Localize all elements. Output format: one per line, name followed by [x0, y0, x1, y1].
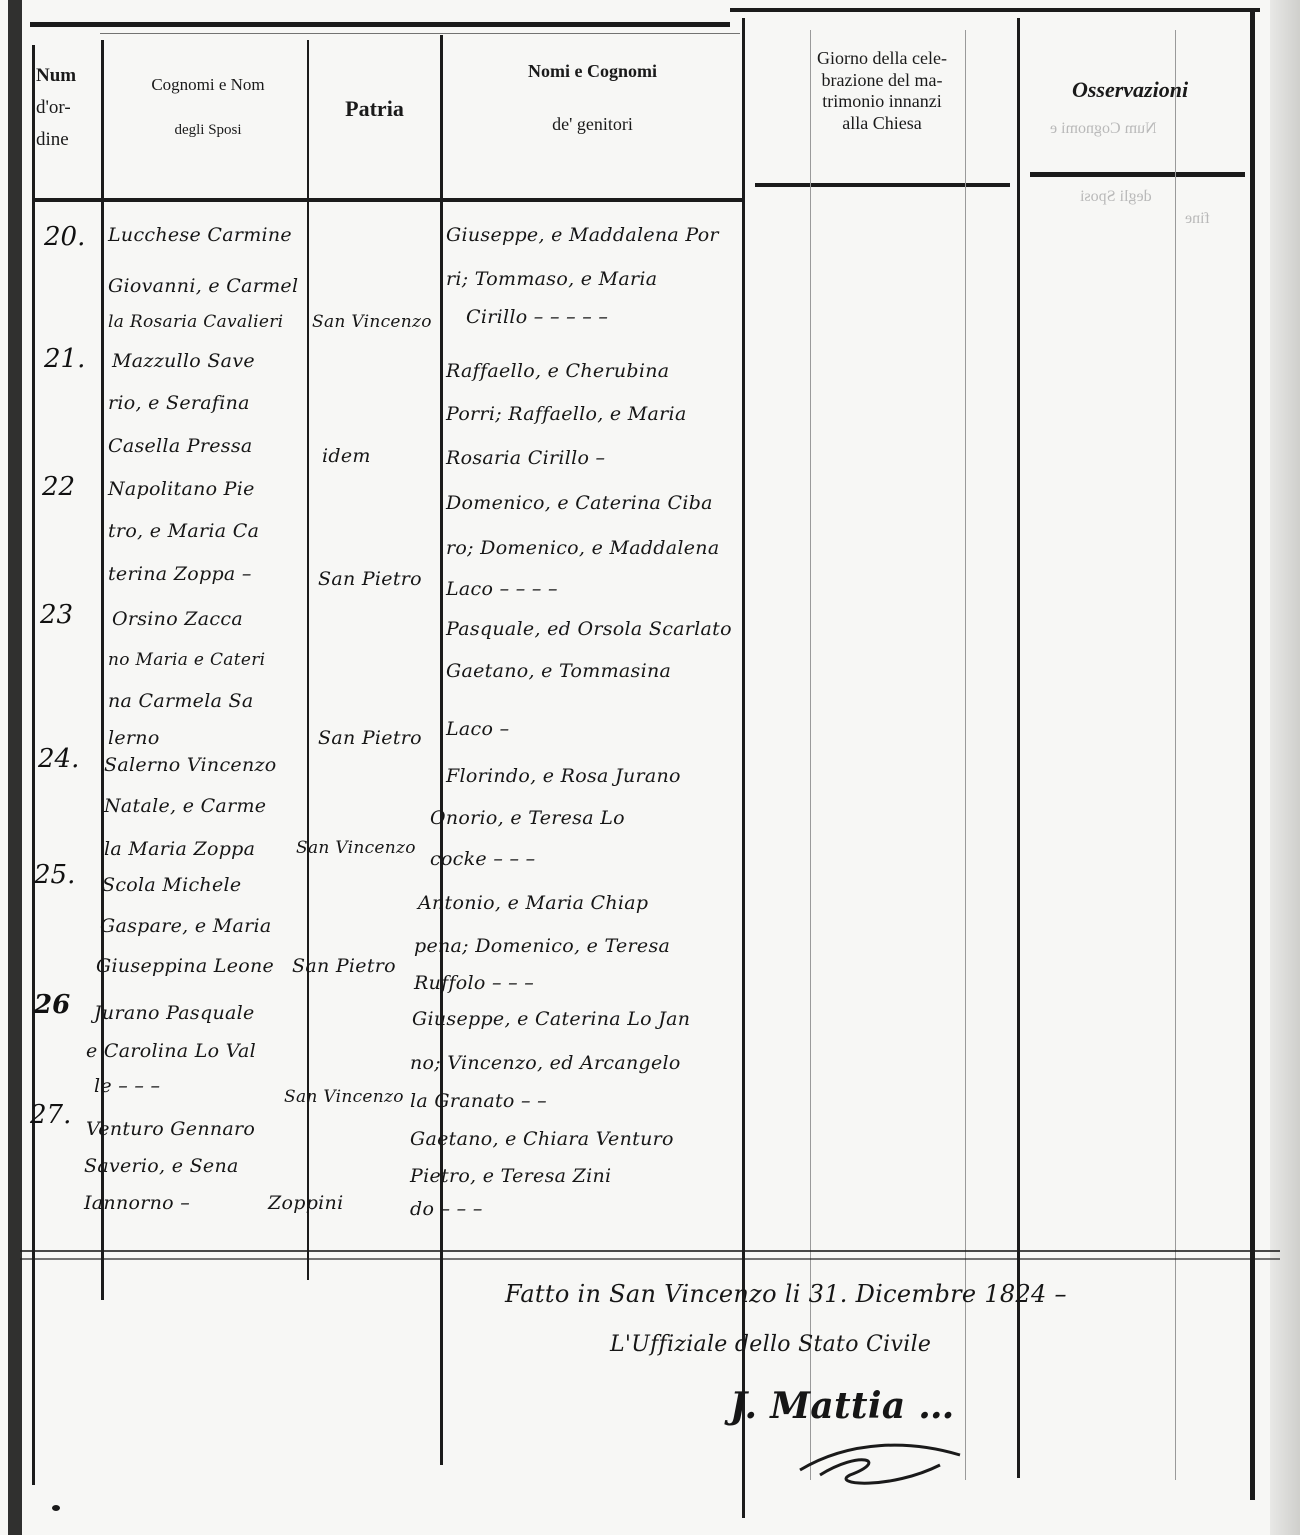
signature-flourish-icon	[790, 1430, 990, 1500]
entry-sposi: Salerno Vincenzo	[104, 754, 277, 776]
header-sposi: Cognomi e Nom degli Sposi	[108, 74, 308, 140]
entry-sposi: Lucchese Carmine	[108, 224, 292, 246]
entry-sposi: tro, e Maria Ca	[108, 520, 259, 542]
top-rule	[30, 22, 730, 27]
entry-sposi: Venturo Gennaro	[86, 1118, 255, 1140]
entry-number: 27.	[30, 1100, 71, 1130]
entry-genitori: Ruffolo – – –	[414, 972, 534, 994]
entry-genitori: Rosaria Cirillo –	[446, 447, 605, 469]
entry-genitori: Giuseppe, e Caterina Lo Jan	[412, 1008, 690, 1030]
entry-number: 23	[40, 600, 73, 630]
bleed-through-text: degli Sposi	[1080, 188, 1152, 206]
entry-genitori: do – – –	[410, 1198, 483, 1220]
entry-genitori: Gaetano, e Chiara Venturo	[410, 1128, 674, 1150]
entry-genitori: la Granato – –	[410, 1090, 547, 1112]
header-giorno-line: trimonio innanzi	[752, 91, 1012, 113]
entry-genitori: Antonio, e Maria Chiap	[418, 892, 648, 914]
entry-patria: San Pietro	[318, 568, 422, 590]
entry-genitori: Florindo, e Rosa Jurano	[446, 765, 681, 787]
entry-patria: idem	[322, 445, 371, 467]
entry-genitori: Laco – – – –	[446, 578, 558, 600]
entry-sposi: terina Zoppa –	[108, 563, 252, 585]
entry-sposi: le – – –	[94, 1075, 160, 1097]
header-genitori: Nomi e Cognomi de' genitori	[445, 60, 740, 135]
entry-patria: San Vincenzo	[284, 1087, 404, 1107]
col-line-2	[101, 40, 104, 1300]
header-osservazioni: Osservazioni	[1030, 76, 1230, 104]
closing-place-date: Fatto in San Vincenzo li 31. Dicembre 18…	[505, 1280, 1067, 1308]
header-num-line: d'or-	[36, 96, 102, 120]
entry-sposi: lerno	[108, 727, 160, 749]
entry-patria: San Pietro	[318, 727, 422, 749]
header-giorno: Giorno della cele- brazione del ma- trim…	[752, 48, 1012, 134]
entry-sposi: Iannorno –	[84, 1192, 190, 1214]
footer-rule-2	[20, 1258, 1280, 1260]
entry-patria: San Pietro	[292, 955, 396, 977]
col-guide-1	[810, 30, 811, 1480]
entry-sposi: Scola Michele	[102, 874, 241, 896]
ink-blot	[52, 1505, 60, 1511]
header-giorno-line: brazione del ma-	[752, 70, 1012, 92]
header-genitori-line: de' genitori	[445, 113, 740, 136]
entry-sposi: Jurano Pasquale	[94, 1002, 255, 1024]
entry-sposi: Gaspare, e Maria	[100, 915, 272, 937]
entry-genitori: pena; Domenico, e Teresa	[414, 935, 670, 957]
binding-edge	[8, 0, 22, 1535]
header-giorno-line: Giorno della cele-	[752, 48, 1012, 70]
top-rule-thin	[100, 33, 740, 34]
register-page: Num d'or- dine Cognomi e Nom degli Sposi…	[0, 0, 1300, 1535]
entry-number: 26	[34, 990, 70, 1020]
header-num: Num d'or- dine	[36, 64, 102, 151]
entry-genitori: Giuseppe, e Maddalena Por	[446, 224, 719, 246]
header-osservazioni-line: Osservazioni	[1030, 76, 1230, 104]
entry-number: 22	[42, 472, 75, 502]
entry-genitori: ro; Domenico, e Maddalena	[446, 537, 719, 559]
entry-genitori: Onorio, e Teresa Lo	[430, 807, 625, 829]
col-guide-2	[965, 30, 966, 1480]
entry-genitori: no; Vincenzo, ed Arcangelo	[410, 1052, 681, 1074]
official-signature: J. Mattia …	[730, 1385, 955, 1427]
entry-genitori: Laco –	[446, 718, 509, 740]
entry-genitori: Cirillo – – – – –	[466, 306, 608, 328]
entry-sposi: Napolitano Pie	[108, 478, 255, 500]
entry-sposi: Giovanni, e Carmel	[108, 275, 298, 297]
header-rule	[35, 198, 745, 202]
col-line-7	[1250, 10, 1255, 1500]
entry-genitori: cocke – – –	[430, 848, 535, 870]
entry-sposi: rio, e Serafina	[108, 392, 250, 414]
entry-genitori: Gaetano, e Tommasina	[446, 660, 671, 682]
entry-sposi: Giuseppina Leone	[96, 955, 274, 977]
entry-sposi: e Carolina Lo Val	[86, 1040, 256, 1062]
header-genitori-line: Nomi e Cognomi	[445, 60, 740, 83]
entry-genitori: Domenico, e Caterina Ciba	[446, 492, 713, 514]
entry-patria: San Vincenzo	[312, 312, 432, 332]
entry-genitori: Pasquale, ed Orsola Scarlato	[446, 618, 732, 640]
entry-sposi: Orsino Zacca	[112, 608, 243, 630]
col-guide-3	[1175, 30, 1176, 1480]
entry-sposi: Natale, e Carme	[104, 795, 266, 817]
entry-sposi: Saverio, e Sena	[84, 1155, 239, 1177]
entry-number: 24.	[38, 744, 79, 774]
top-rule-right	[730, 8, 1260, 12]
entry-genitori: Pietro, e Teresa Zini	[410, 1165, 611, 1187]
entry-genitori: Raffaello, e Cherubina	[446, 360, 669, 382]
header-rule-oss	[1030, 172, 1245, 177]
entry-number: 21.	[44, 344, 85, 374]
page-edge	[1270, 0, 1300, 1535]
entry-sposi: na Carmela Sa	[108, 690, 254, 712]
entry-sposi: no Maria e Cateri	[108, 650, 265, 670]
header-num-line: dine	[36, 128, 102, 152]
header-sposi-line: degli Sposi	[108, 121, 308, 140]
entry-sposi: Casella Pressa	[108, 435, 253, 457]
entry-number: 20.	[44, 222, 85, 252]
col-line-1	[32, 45, 35, 1485]
entry-sposi: la Maria Zoppa	[104, 838, 255, 860]
bleed-through-text: Num Cognomi e	[1050, 120, 1157, 138]
header-patria-line: Patria	[312, 95, 437, 123]
entry-patria: San Vincenzo	[296, 838, 416, 858]
entry-number: 25.	[34, 860, 75, 890]
closing-office: L'Uffiziale dello Stato Civile	[610, 1332, 931, 1357]
entry-patria: Zoppini	[268, 1192, 343, 1214]
entry-sposi: Mazzullo Save	[112, 350, 255, 372]
header-sposi-line: Cognomi e Nom	[108, 74, 308, 95]
bleed-through-text: fine	[1185, 210, 1210, 228]
header-rule-giorno	[755, 183, 1010, 187]
header-patria: Patria	[312, 95, 437, 123]
entry-genitori: Porri; Raffaello, e Maria	[446, 403, 687, 425]
header-num-line: Num	[36, 64, 102, 88]
footer-rule	[20, 1250, 1280, 1252]
header-giorno-line: alla Chiesa	[752, 113, 1012, 135]
entry-genitori: ri; Tommaso, e Maria	[446, 268, 657, 290]
entry-sposi: la Rosaria Cavalieri	[108, 312, 283, 332]
